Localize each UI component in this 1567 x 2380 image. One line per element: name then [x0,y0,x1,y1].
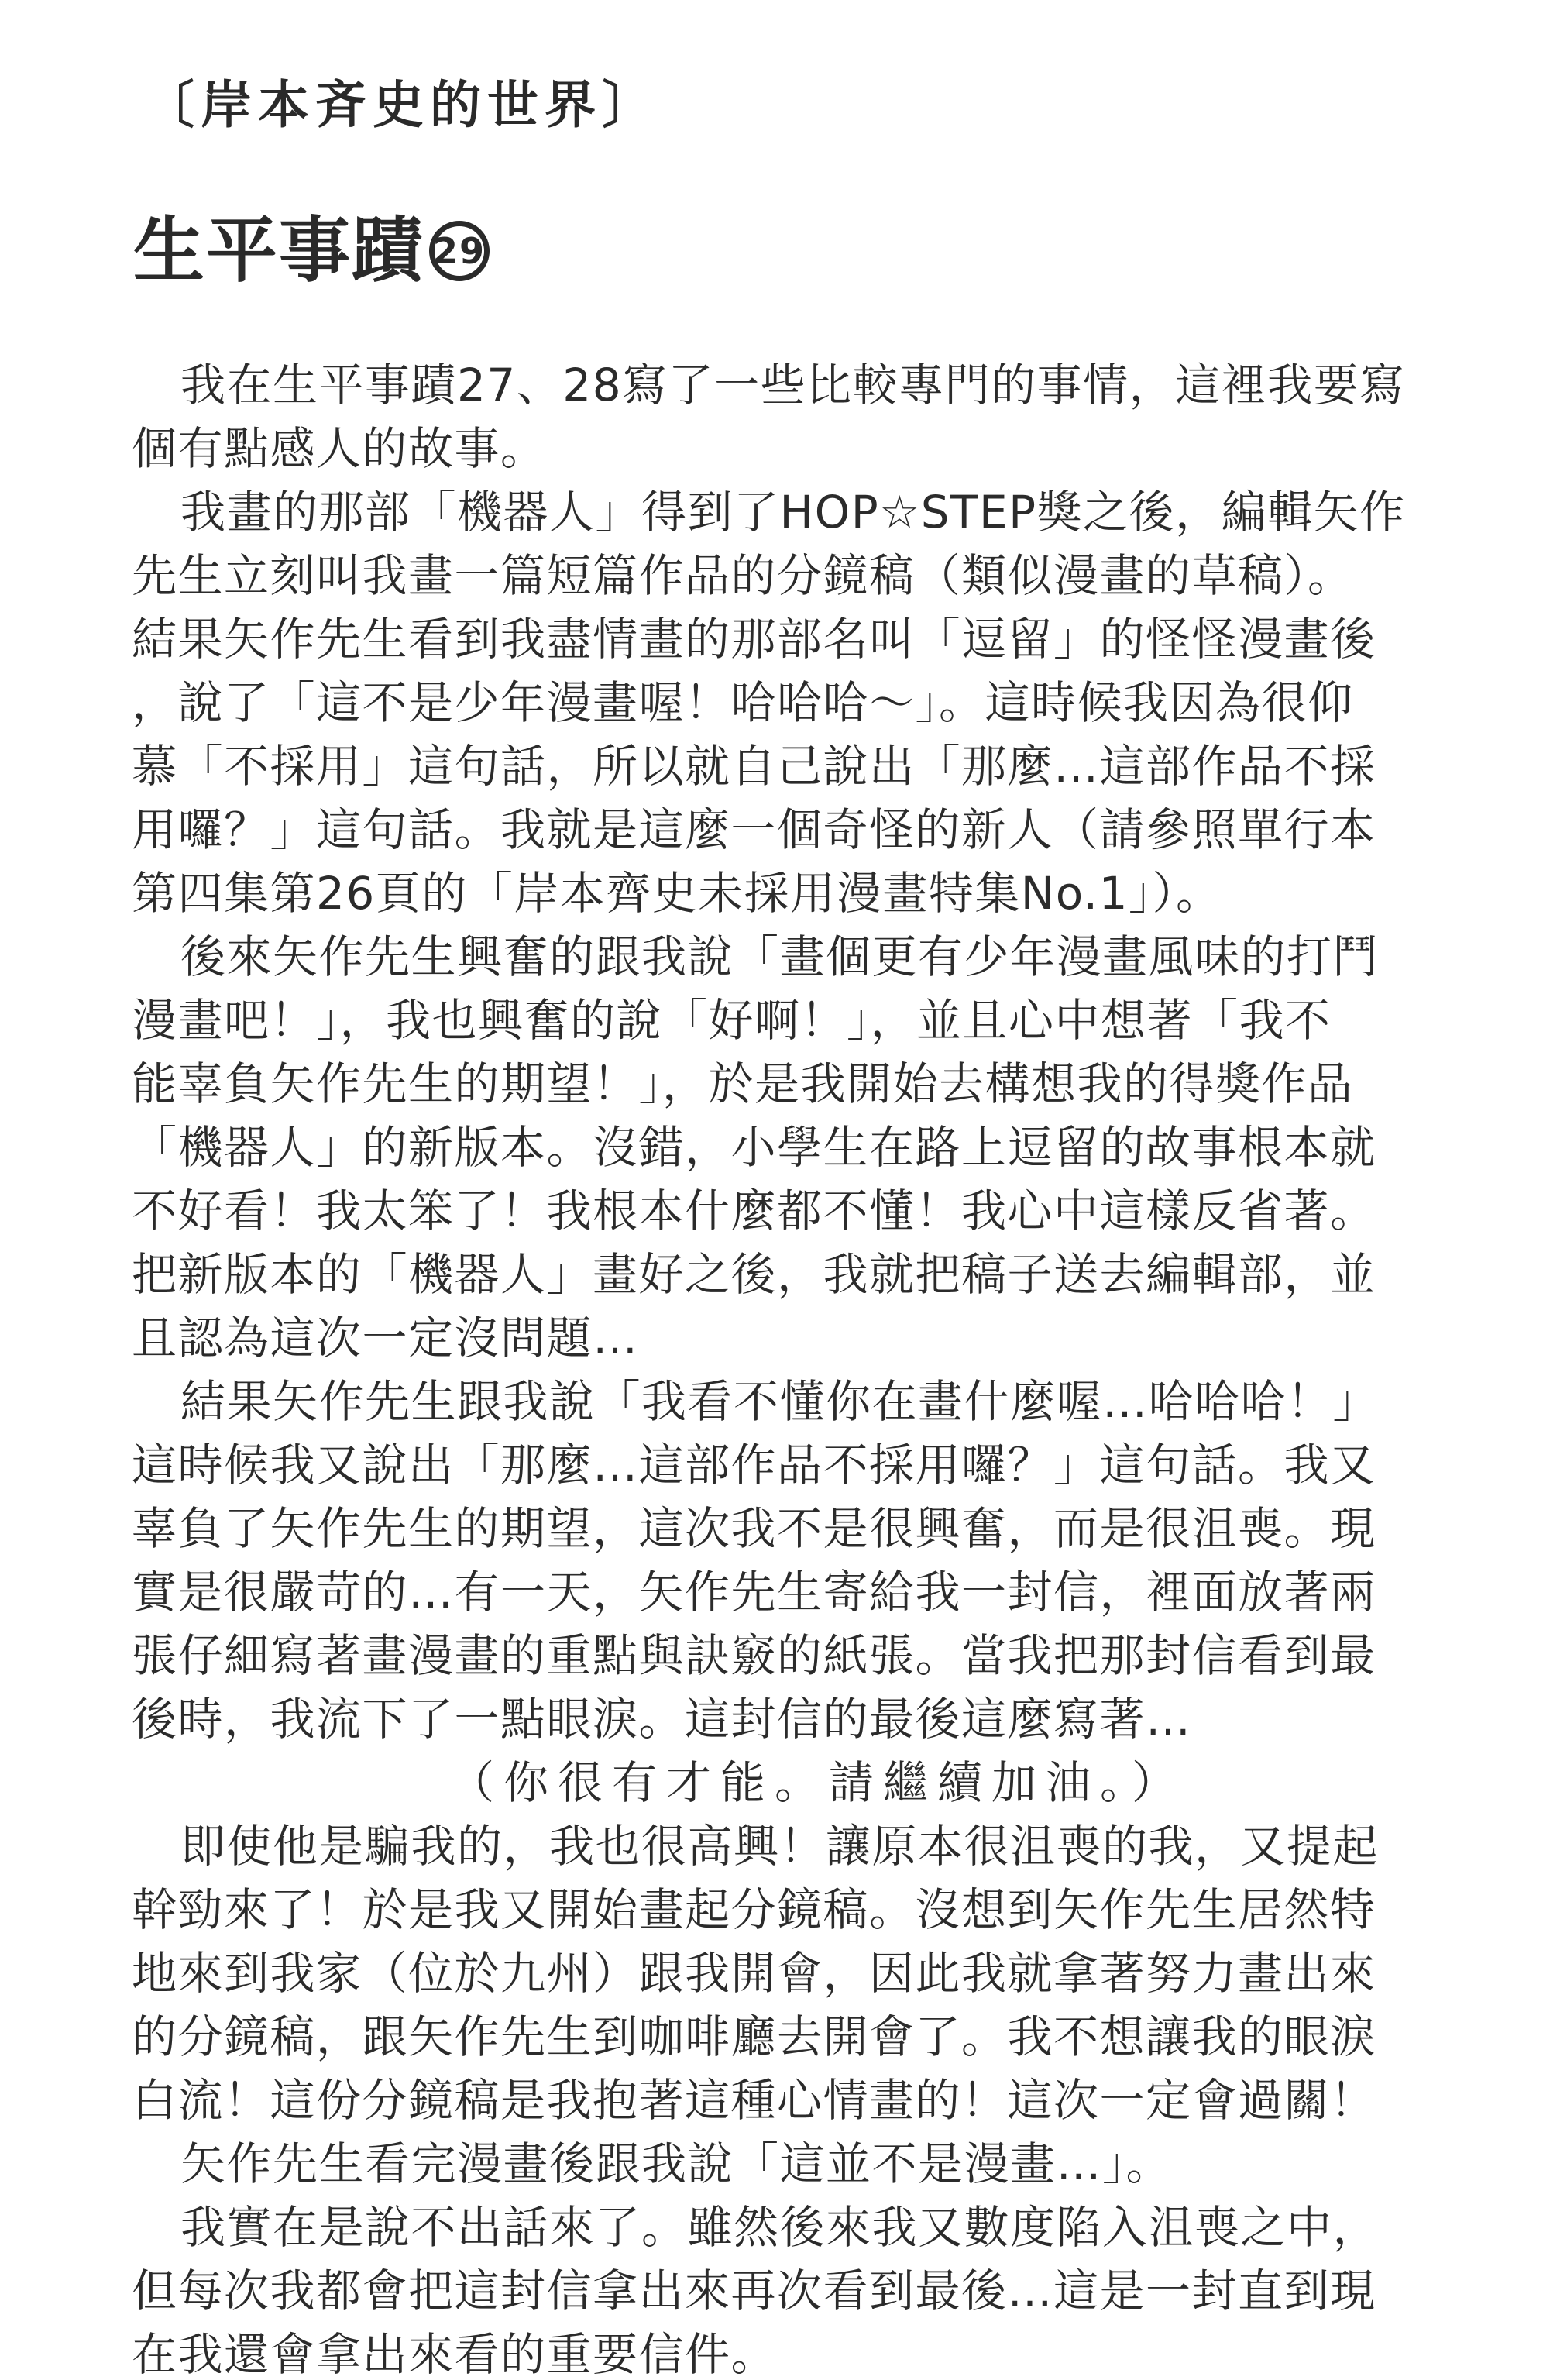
chapter-title-text: 生平事蹟 [133,211,424,291]
text-line: 第四集第26頁的「岸本齊史未採用漫畫特集No.1」）。 [132,862,1479,925]
text-line: 且認為這次一定沒問題… [132,1306,1479,1370]
text-line: 漫畫吧！」，我也興奮的說「好啊！」，並且心中想著「我不 [132,989,1479,1052]
text-line: 慕「不採用」這句話，所以就自己說出「那麼…這部作品不採 [132,734,1479,798]
text-line: 「機器人」的新版本。沒錯，小學生在路上逗留的故事根本就 [132,1116,1479,1179]
chapter-title: 生平事蹟 29 [133,211,490,291]
text-line: 後時，我流下了一點眼淚。這封信的最後這麼寫著… [132,1687,1479,1751]
text-line: 結果矢作先生看到我盡情畫的那部名叫「逗留」的怪怪漫畫後 [132,607,1479,671]
text-line: 辜負了矢作先生的期望，這次我不是很興奮，而是很沮喪。現 [132,1497,1479,1560]
text-line: 後來矢作先生興奮的跟我說「畫個更有少年漫畫風味的打鬥 [132,925,1479,989]
body-text: 我在生平事蹟27、28寫了一些比較專門的事情，這裡我要寫 個有點感人的故事。 我… [132,353,1479,2380]
text-line: 張仔細寫著畫漫畫的重點與訣竅的紙張。當我把那封信看到最 [132,1624,1479,1687]
series-header: 〔岸本斉史的世界〕 [143,71,659,138]
text-line: 矢作先生看完漫畫後跟我說「這並不是漫畫…」。 [132,2132,1479,2196]
text-line: 能辜負矢作先生的期望！」，於是我開始去構想我的得獎作品 [132,1052,1479,1116]
letter-quote: （你很有才能。請繼續加油。） [132,1751,1479,1814]
text-line: 把新版本的「機器人」畫好之後，我就把稿子送去編輯部，並 [132,1243,1479,1306]
book-page: 〔岸本斉史的世界〕 生平事蹟 29 我在生平事蹟27、28寫了一些比較專門的事情… [0,0,1567,2380]
text-line: 的分鏡稿，跟矢作先生到咖啡廳去開會了。我不想讓我的眼淚 [132,2005,1479,2069]
text-line: 我在生平事蹟27、28寫了一些比較專門的事情，這裡我要寫 [132,353,1479,417]
text-line: 我畫的那部「機器人」得到了HOP☆STEP獎之後，編輯矢作 [132,480,1479,544]
text-line: 即使他是騙我的，我也很高興！讓原本很沮喪的我，又提起 [132,1814,1479,1878]
text-line: 但每次我都會把這封信拿出來再次看到最後…這是一封直到現 [132,2259,1479,2323]
text-line: 個有點感人的故事。 [132,417,1479,480]
text-line: 不好看！我太笨了！我根本什麼都不懂！我心中這樣反省著。 [132,1179,1479,1243]
text-line: 用囉？」這句話。我就是這麼一個奇怪的新人（請參照單行本 [132,798,1479,862]
text-line: 白流！這份分鏡稿是我抱著這種心情畫的！這次一定會過關！ [132,2069,1479,2132]
text-line: ，說了「這不是少年漫畫喔！哈哈哈～」。這時候我因為很仰 [132,671,1479,734]
text-line: 幹勁來了！於是我又開始畫起分鏡稿。沒想到矢作先生居然特 [132,1878,1479,1941]
text-line: 地來到我家（位於九州）跟我開會，因此我就拿著努力畫出來 [132,1941,1479,2005]
circled-number-icon: 29 [429,221,490,281]
text-line: 在我還會拿出來看的重要信件。 [132,2323,1479,2380]
text-line: 結果矢作先生跟我說「我看不懂你在畫什麼喔…哈哈哈！」 [132,1370,1479,1433]
text-line: 這時候我又說出「那麼…這部作品不採用囉？」這句話。我又 [132,1433,1479,1497]
text-line: 實是很嚴苛的…有一天，矢作先生寄給我一封信，裡面放著兩 [132,1560,1479,1624]
text-line: 先生立刻叫我畫一篇短篇作品的分鏡稿（類似漫畫的草稿）。 [132,544,1479,607]
text-line: 我實在是說不出話來了。雖然後來我又數度陷入沮喪之中， [132,2196,1479,2259]
